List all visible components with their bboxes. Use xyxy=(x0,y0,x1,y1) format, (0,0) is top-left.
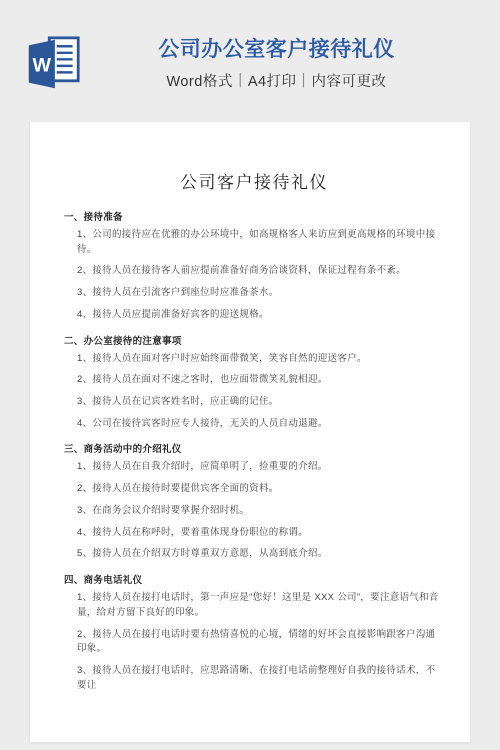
section-3-item-5: 5、接待人员在介绍双方时尊重双方意愿，从高到底介绍。 xyxy=(64,547,444,562)
section-3-item-2: 2、接待人员在接待时要提供宾客全面的资料。 xyxy=(64,482,444,497)
section-1-item-3: 3、接待人员在引流客户到座位时应准备茶水。 xyxy=(64,286,444,301)
section-2-item-2: 2、接待人员在面对不速之客时，也应面带微笑礼貌相迎。 xyxy=(64,373,444,388)
section-2-item-4: 4、公司在接待宾客时应专人接待，无关的人员自动退避。 xyxy=(64,417,444,432)
section-4-item-1: 1、接待人员在接打电话时，第一声应是“您好！这里是 XXX 公司”，要注意语气和… xyxy=(64,591,444,620)
section-heading-3: 三、商务活动中的介绍礼仪 xyxy=(64,441,444,455)
section-4-item-2: 2、接待人员在接打电话时要有热情喜悦的心境，情绪的好坏会直接影响跟客户沟通印象。 xyxy=(64,628,444,657)
section-heading-1: 一、接待准备 xyxy=(64,209,444,223)
template-subtitle: Word格式｜A4打印｜内容可更改 xyxy=(81,70,472,91)
section-3-item-3: 3、在商务会议介绍时要掌握介绍时机。 xyxy=(64,504,444,519)
document-title: 公司客户接待礼仪 xyxy=(64,168,444,193)
section-1-item-1: 1、公司的接待应在优雅的办公环境中，如高规格客人来访应到更高规格的环境中接待。 xyxy=(64,228,444,257)
section-4-item-3: 3、接待人员在接打电话时，应思路清晰、在接打电话前整理好自我的接待话术，不要让 xyxy=(64,664,444,693)
section-2-item-3: 3、接待人员在记宾客姓名时，应正确的记住。 xyxy=(64,395,444,410)
document-page: 公司客户接待礼仪 一、接待准备1、公司的接待应在优雅的办公环境中，如高规格客人来… xyxy=(30,122,470,742)
word-icon-letter: W xyxy=(33,54,52,76)
template-title: 公司办公室客户接待礼仪 xyxy=(81,37,472,62)
header-text: 公司办公室客户接待礼仪 Word格式｜A4打印｜内容可更改 xyxy=(81,37,490,90)
section-1-item-4: 4、接待人员应提前准备好宾客的迎送规格。 xyxy=(64,308,444,323)
header: W 公司办公室客户接待礼仪 Word格式｜A4打印｜内容可更改 xyxy=(0,0,500,122)
document-sections: 一、接待准备1、公司的接待应在优雅的办公环境中，如高规格客人来访应到更高规格的环… xyxy=(64,209,444,693)
section-1-item-2: 2、接待人员在接待客人前应提前准备好商务洽谈资料，保证过程有条不紊。 xyxy=(64,264,444,279)
section-3-item-4: 4、接待人员在称呼时，要着重体现身份职位的称谓。 xyxy=(64,526,444,541)
section-heading-2: 二、办公室接待的注意事项 xyxy=(64,333,444,347)
section-2-item-1: 1、接待人员在面对客户时应始终面带微笑，笑容自然的迎送客户。 xyxy=(64,352,444,367)
word-icon: W xyxy=(25,35,81,93)
section-3-item-1: 1、接待人员在自我介绍时，应简单明了，捡重要的介绍。 xyxy=(64,460,444,475)
section-heading-4: 四、商务电话礼仪 xyxy=(64,572,444,586)
